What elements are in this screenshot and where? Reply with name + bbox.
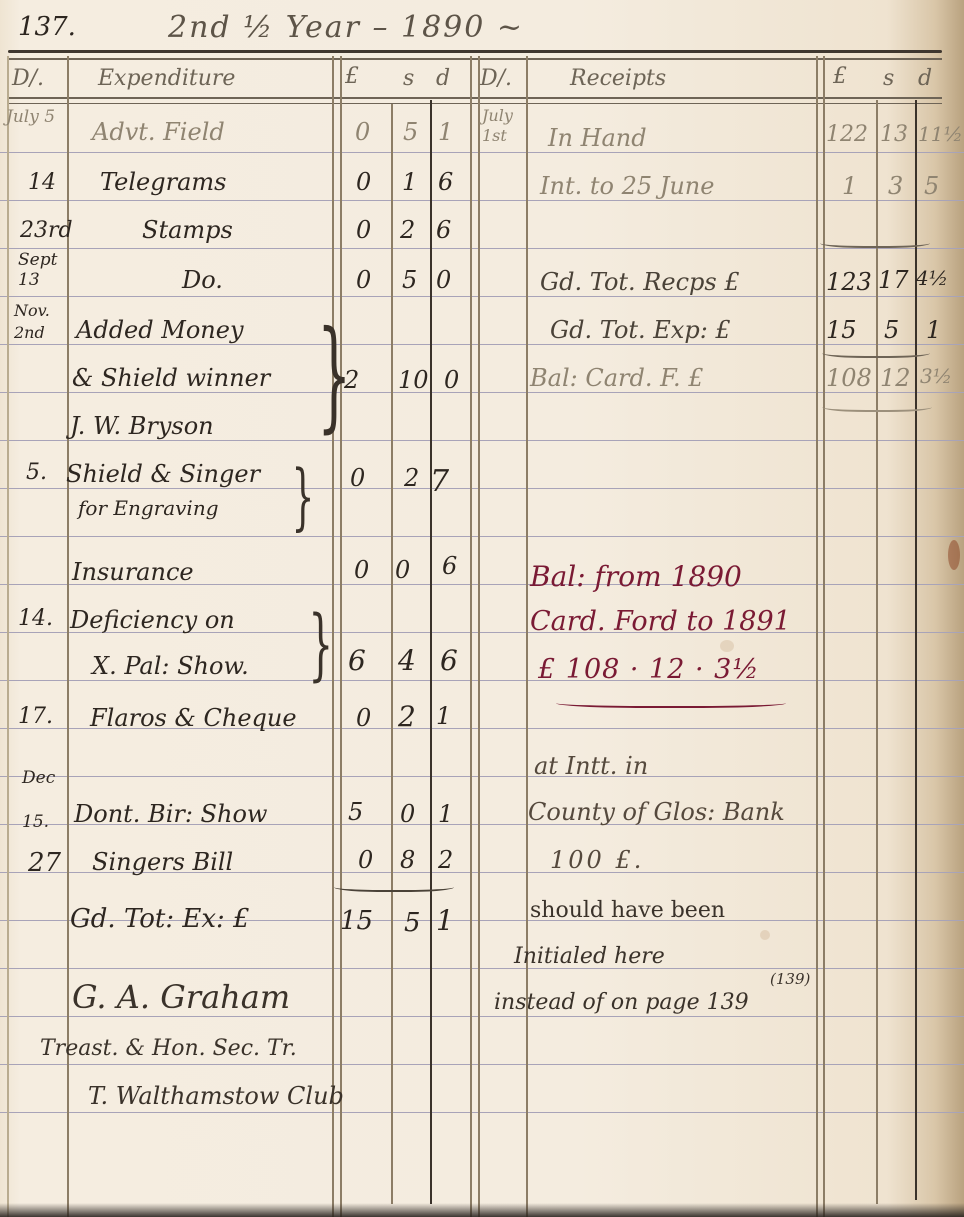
- ruled-line: [0, 344, 964, 345]
- receipt-shillings: 3: [888, 172, 903, 200]
- expense-date: 17.: [18, 704, 53, 729]
- pence-rule: [430, 100, 432, 1204]
- expense-description: Insurance: [72, 558, 194, 586]
- center-rule: [478, 56, 480, 1217]
- ruled-line: [0, 1016, 964, 1017]
- signature-role: Treast. & Hon. Sec. Tr.: [40, 1036, 297, 1061]
- expense-shillings: 2: [398, 700, 416, 733]
- header-pence-left: d: [436, 66, 450, 91]
- ruled-line: [0, 248, 964, 249]
- expense-shillings: 5: [402, 266, 417, 294]
- receipt-pence: 5: [924, 172, 939, 200]
- expense-description: Singers Bill: [92, 848, 233, 876]
- correction-note-line: Initialed here: [514, 944, 665, 969]
- balance-pounds: 108: [826, 364, 872, 392]
- ruled-line: [0, 200, 964, 201]
- expense-pounds: 0: [355, 118, 370, 146]
- ruled-line: [0, 488, 964, 489]
- receipts-amount-rule: [816, 56, 818, 1217]
- signature-name: G. A. Graham: [72, 978, 290, 1016]
- page-number: 137.: [18, 12, 76, 42]
- header-expenditure: Expenditure: [98, 66, 235, 91]
- red-underline: [556, 696, 786, 708]
- bank-note-line: County of Glos: Bank: [528, 798, 785, 826]
- expense-description-line: Added Money: [76, 316, 244, 344]
- expense-pence: 6: [436, 216, 451, 244]
- brace-icon: }: [308, 606, 333, 684]
- ruled-line: [0, 1064, 964, 1065]
- header-shillings-left: s: [403, 66, 414, 91]
- amount-column-rule: [340, 56, 342, 1217]
- header-pounds-left: £: [345, 64, 359, 89]
- receipts-pence-rule: [915, 100, 917, 1200]
- expense-pence: 1: [438, 800, 453, 828]
- expense-shillings: 1: [402, 168, 417, 196]
- expense-total-shillings: 5: [404, 908, 421, 938]
- expense-date: 27: [28, 848, 61, 878]
- expense-description-line: & Shield winner: [72, 364, 270, 392]
- expense-total-pounds: 15: [340, 906, 373, 936]
- receipt-description: Int. to 25 June: [540, 172, 714, 200]
- correction-superscript: (139): [770, 970, 810, 988]
- expense-pounds: 6: [348, 644, 366, 677]
- expense-pence: 6: [440, 644, 458, 677]
- expense-shillings: 0: [400, 800, 415, 828]
- ledger-page: 137. 2nd ½ Year – 1890 ~ D/. Expenditure…: [0, 0, 964, 1217]
- header-underline: [8, 97, 942, 99]
- receipt-date: July 1st: [482, 106, 522, 146]
- expense-pounds: 0: [356, 168, 371, 196]
- expense-description-line: for Engraving: [78, 496, 219, 520]
- heading-rule: [8, 50, 942, 53]
- expense-pounds: 5: [348, 798, 363, 826]
- header-date-right: D/.: [480, 66, 512, 91]
- receipt-pounds: 122: [826, 122, 868, 147]
- expense-pence: 0: [444, 366, 459, 394]
- header-pounds-right: £: [833, 64, 847, 89]
- carried-forward-note-line: Bal: from 1890: [530, 560, 742, 593]
- header-shillings-right: s: [883, 66, 894, 91]
- margin-rule: [7, 56, 9, 1217]
- expense-pence: 1: [438, 118, 453, 146]
- expense-pounds: 0: [356, 266, 371, 294]
- stain: [760, 930, 770, 940]
- expense-pounds: 0: [354, 556, 369, 584]
- expenditure-total-shillings: 5: [884, 316, 899, 344]
- receipts-date-rule: [526, 56, 528, 1217]
- expense-pounds: 0: [356, 704, 371, 732]
- expense-pounds: 0: [356, 216, 371, 244]
- correction-note-line: should have been: [530, 898, 725, 923]
- ruled-line: [0, 536, 964, 537]
- receipt-description: In Hand: [548, 124, 647, 152]
- ruled-line: [0, 968, 964, 969]
- expenditure-total-pounds: 15: [826, 316, 857, 344]
- expense-description: Advt. Field: [92, 118, 225, 146]
- receipt-pounds: 1: [842, 172, 857, 200]
- expenditure-total-label: Gd. Tot. Exp: £: [550, 316, 731, 344]
- total-underline: [334, 880, 454, 892]
- expense-shillings: 8: [400, 846, 415, 874]
- expense-date: Dec 15.: [22, 756, 66, 844]
- ruled-line: [0, 152, 964, 153]
- expense-shillings: 4: [398, 644, 416, 677]
- balance-underline: [822, 400, 932, 412]
- balance-overline: [822, 346, 930, 358]
- expense-description-line: X. Pal: Show.: [92, 652, 249, 680]
- receipts-total-shillings: 17: [878, 266, 909, 294]
- stain: [720, 640, 734, 652]
- expense-date: 14.: [18, 606, 53, 631]
- expense-date: 23rd: [20, 218, 73, 243]
- expenditure-total-pence: 1: [926, 316, 941, 344]
- expense-date: Sept 13: [18, 250, 62, 290]
- balance-label: Bal: Card. F. £: [530, 364, 704, 392]
- ruled-line: [0, 392, 964, 393]
- header-receipts: Receipts: [570, 66, 666, 91]
- expense-description-line: Deficiency on: [70, 606, 235, 634]
- expense-total-pence: 1: [436, 904, 454, 937]
- expense-date: July 5: [6, 108, 56, 126]
- header-underline: [8, 103, 942, 104]
- receipts-total-pounds: 123: [826, 268, 872, 296]
- expense-pence: 1: [436, 702, 451, 730]
- expense-description: Flaros & Cheque: [90, 704, 297, 732]
- expense-pence: 0: [436, 266, 451, 294]
- expense-shillings: 2: [404, 464, 419, 492]
- expense-shillings: 10: [398, 366, 429, 394]
- receipt-pence: 11½: [918, 122, 963, 146]
- expense-shillings: 0: [395, 556, 410, 584]
- correction-note-line: instead of on page 139: [494, 990, 749, 1015]
- expense-date: 5.: [26, 460, 47, 485]
- bank-note-line: at Intt. in: [534, 752, 648, 780]
- expense-date: 14: [28, 170, 56, 195]
- ruled-line: [0, 1112, 964, 1113]
- balance-pence: 3½: [920, 364, 952, 388]
- expense-shillings: 5: [403, 118, 418, 146]
- carried-forward-note-line: Card. Ford to 1891: [530, 606, 791, 637]
- expense-description: Telegrams: [100, 168, 226, 196]
- expense-description: Stamps: [142, 216, 233, 244]
- center-rule: [470, 56, 472, 1217]
- expense-description-line: Shield & Singer: [66, 460, 260, 488]
- expense-pounds: 0: [350, 464, 365, 492]
- expense-pounds: 2: [344, 366, 359, 394]
- expense-description-line: J. W. Bryson: [70, 412, 214, 440]
- receipts-total-label: Gd. Tot. Recps £: [540, 268, 740, 296]
- header-date-left: D/.: [12, 66, 44, 91]
- subtotal-underline: [820, 236, 930, 248]
- stain: [948, 540, 960, 570]
- brace-icon: }: [291, 460, 314, 532]
- expense-pence: 6: [438, 168, 453, 196]
- ruled-line: [0, 440, 964, 441]
- expense-pence: 6: [442, 552, 457, 580]
- expense-description: Dont. Bir: Show: [74, 800, 267, 828]
- expense-total-label: Gd. Tot: Ex: £: [70, 904, 250, 934]
- ruled-line: [0, 680, 964, 681]
- page-title: 2nd ½ Year – 1890 ~: [168, 10, 524, 45]
- expense-pence: 2: [438, 846, 453, 874]
- carried-forward-amount: £ 108 · 12 · 3½: [538, 654, 760, 685]
- heading-rule: [8, 58, 942, 60]
- expense-date: Nov. 2nd: [14, 300, 62, 344]
- ruled-line: [0, 296, 964, 297]
- receipts-amount-rule: [823, 56, 825, 1217]
- receipts-total-pence: 4½: [916, 266, 948, 290]
- expense-shillings: 2: [400, 216, 415, 244]
- balance-shillings: 12: [880, 364, 911, 392]
- expense-description: Do.: [182, 266, 223, 294]
- shillings-rule: [391, 104, 393, 1204]
- signature-club: T. Walthamstow Club: [88, 1082, 344, 1110]
- receipt-shillings: 13: [880, 122, 908, 147]
- expense-pence: 7: [430, 464, 449, 499]
- header-pence-right: d: [918, 66, 932, 91]
- ruled-line: [0, 776, 964, 777]
- expense-pounds: 0: [358, 846, 373, 874]
- bank-note-amount: 100 £.: [550, 846, 644, 874]
